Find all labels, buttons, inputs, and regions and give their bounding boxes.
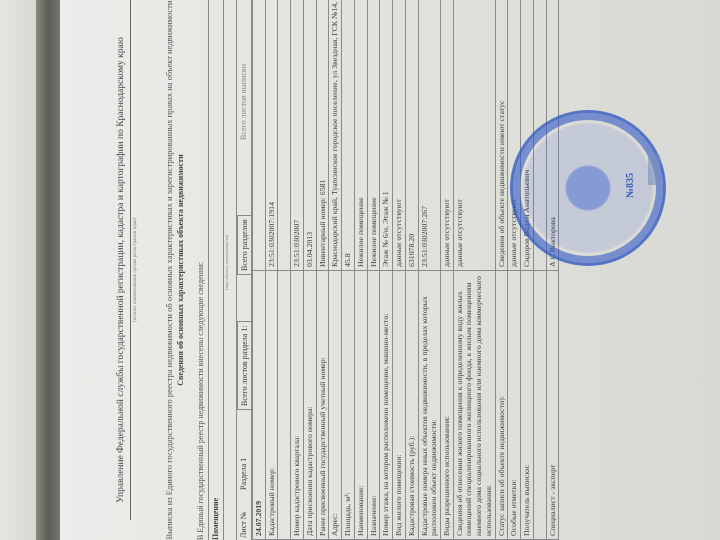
authority-subcaption: (полное наименование органа регистрации … xyxy=(133,0,138,540)
table-row: Наименование:Нежилое помещение xyxy=(354,0,367,540)
table-row: Кадастровая стоимость (руб.):631078.20 xyxy=(405,0,418,540)
characteristics-table: 24.07.2019 Кадастровый номер:23:51:03020… xyxy=(252,0,559,540)
table-row: Вид жилого помещения:данные отсутствуют xyxy=(393,0,406,540)
intro-text: В Единый государственный реестр недвижим… xyxy=(196,262,205,540)
total-sheets-extract: Всего листов выписки xyxy=(237,64,251,140)
table-row xyxy=(533,0,546,540)
table-row: Специалист - экспертА С Викторова xyxy=(546,0,559,540)
total-sections: Всего разделов xyxy=(237,215,253,275)
table-row: Кадастровые номера иных объектов недвижи… xyxy=(418,0,440,540)
table-row: Номер кадастрового квартала:23:51:030200… xyxy=(291,0,304,540)
table-row: Виды разрешенного использования:данные о… xyxy=(441,0,454,540)
stamp-number: №835 xyxy=(625,173,636,198)
table-row: Дата присвоения кадастрового номера:03.0… xyxy=(303,0,316,540)
total-sheets-section: Всего листов раздела 1: xyxy=(237,321,253,410)
object-type: Помещение xyxy=(208,0,224,540)
official-seal-stamp xyxy=(510,110,666,266)
section-title: Сведения об основных характеристиках объ… xyxy=(176,0,185,540)
header-divider xyxy=(130,0,131,520)
table-row: Адрес:Краснодарский край, Туапсинское го… xyxy=(329,0,342,540)
authority-header: Управление Федеральной службы государств… xyxy=(116,0,126,540)
table-row: Кадастровый номер:23:51:0302007:1914 xyxy=(265,0,278,540)
door-frame xyxy=(36,0,60,540)
table-row: Ранее присвоенный государственный учетны… xyxy=(316,0,329,540)
background-wall xyxy=(0,0,36,540)
table-row: Назначение:Нежилое помещение xyxy=(367,0,380,540)
section-label: Раздела 1 xyxy=(237,458,251,490)
table-row: Особые отметки:данные отсутствуют xyxy=(508,0,521,540)
object-type-subcaption: (вид объекта недвижимости) xyxy=(224,235,229,290)
table-row: Номер этажа, на котором расположено поме… xyxy=(380,0,393,540)
table-row: Получатель выписки:Сидоров Вадим Анатоль… xyxy=(521,0,534,540)
stamp-number-patch xyxy=(648,155,660,185)
table-row: Статус записи об объекте недвижимости):С… xyxy=(495,0,508,540)
document-title: Выписка из Единого государственного реес… xyxy=(164,0,174,540)
sheet-info-row: Лист № Раздела 1 Всего листов раздела 1:… xyxy=(236,0,252,540)
table-row: Сведения об отнесении жилого помещения к… xyxy=(453,0,495,540)
table-row xyxy=(278,0,291,540)
sheet-number-label: Лист № xyxy=(237,512,251,538)
table-row: Площадь, м²:45.8 xyxy=(342,0,355,540)
extract-date: 24.07.2019 xyxy=(253,271,266,540)
egrn-extract-document: Управление Федеральной службы государств… xyxy=(60,0,720,540)
